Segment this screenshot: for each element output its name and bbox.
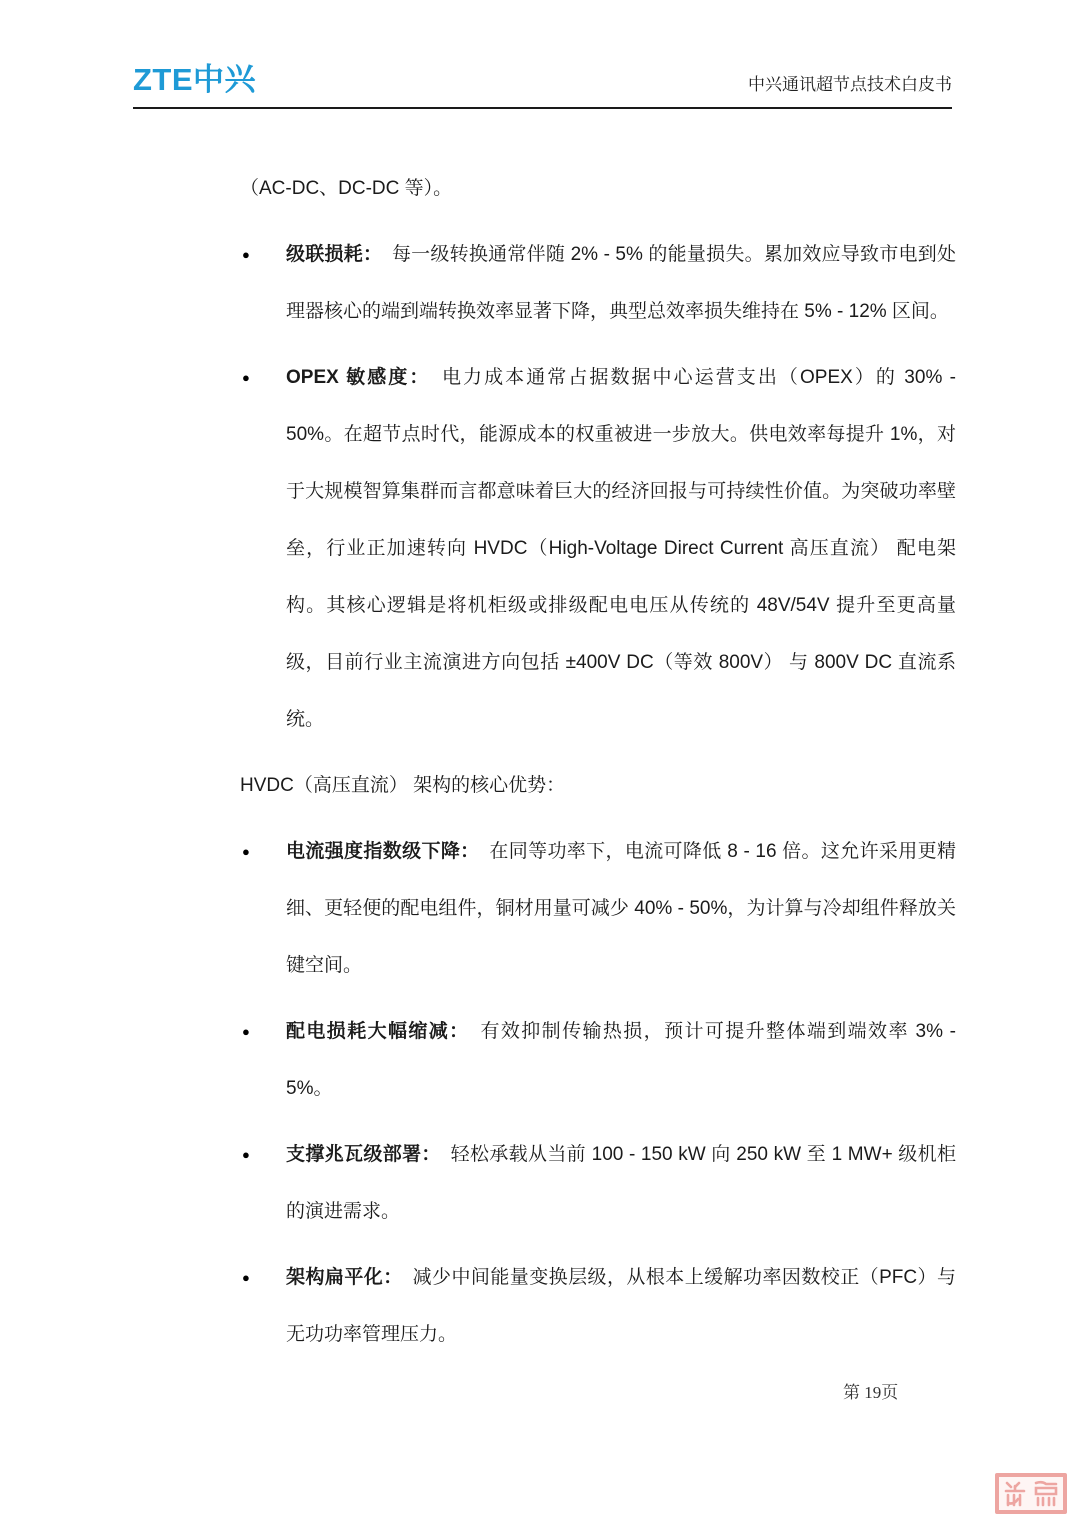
bullet-icon: ● [240, 1003, 286, 1117]
page-number: 第 19页 [843, 1378, 898, 1403]
paragraph-conversion-stages: （AC-DC、DC-DC 等）。 [240, 160, 956, 217]
bullet-lead: 支撑兆瓦级部署： [286, 1144, 431, 1165]
list-item-text: 架构扁平化： 减少中间能量变换层级，从根本上缓解功率因数校正（PFC）与无功功率… [286, 1249, 956, 1363]
document-page: ZTE中兴 中兴通讯超节点技术白皮书 （AC-DC、DC-DC 等）。 ● 级联… [0, 0, 1080, 1527]
bullet-icon: ● [240, 1126, 286, 1240]
list-item-megawatt-deployment: ● 支撑兆瓦级部署： 轻松承载从当前 100 - 150 kW 向 250 kW… [240, 1126, 956, 1240]
list-item-cascade-loss: ● 级联损耗： 每一级转换通常伴随 2% - 5% 的能量损失。累加效应导致市电… [240, 226, 956, 340]
bullet-icon: ● [240, 823, 286, 994]
list-item-distribution-loss: ● 配电损耗大幅缩减： 有效抑制传输热损，预计可提升整体端到端效率 3% - 5… [240, 1003, 956, 1117]
bullet-lead: 配电损耗大幅缩减： [286, 1021, 460, 1042]
list-item-text: 支撑兆瓦级部署： 轻松承载从当前 100 - 150 kW 向 250 kW 至… [286, 1126, 956, 1240]
bullet-icon: ● [240, 349, 286, 748]
page-body: （AC-DC、DC-DC 等）。 ● 级联损耗： 每一级转换通常伴随 2% - … [240, 160, 956, 1372]
bullet-icon: ● [240, 226, 286, 340]
page-header: ZTE中兴 中兴通讯超节点技术白皮书 [133, 64, 952, 109]
bullet-lead: 架构扁平化： [286, 1267, 393, 1288]
list-item-text: OPEX 敏感度： 电力成本通常占据数据中心运营支出（OPEX）的 30% - … [286, 349, 956, 748]
bullet-lead: 级联损耗： [286, 244, 373, 265]
watermark-seal-icon [995, 1473, 1067, 1514]
bullet-body: 电力成本通常占据数据中心运营支出（OPEX）的 30% - 50%。在超节点时代… [286, 367, 956, 730]
bullet-body: 每一级转换通常伴随 2% - 5% 的能量损失。累加效应导致市电到处理器核心的端… [286, 244, 956, 322]
list-item-current-reduction: ● 电流强度指数级下降： 在同等功率下，电流可降低 8 - 16 倍。这允许采用… [240, 823, 956, 994]
list-item-opex: ● OPEX 敏感度： 电力成本通常占据数据中心运营支出（OPEX）的 30% … [240, 349, 956, 748]
zte-logo: ZTE中兴 [133, 64, 256, 95]
list-item-text: 电流强度指数级下降： 在同等功率下，电流可降低 8 - 16 倍。这允许采用更精… [286, 823, 956, 994]
document-title: 中兴通讯超节点技术白皮书 [748, 75, 952, 95]
bullet-lead: OPEX 敏感度： [286, 367, 421, 388]
bullet-icon: ● [240, 1249, 286, 1363]
list-item-text: 级联损耗： 每一级转换通常伴随 2% - 5% 的能量损失。累加效应导致市电到处… [286, 226, 956, 340]
list-item-text: 配电损耗大幅缩减： 有效抑制传输热损，预计可提升整体端到端效率 3% - 5%。 [286, 1003, 956, 1117]
list-item-flat-architecture: ● 架构扁平化： 减少中间能量变换层级，从根本上缓解功率因数校正（PFC）与无功… [240, 1249, 956, 1363]
paragraph-hvdc-advantages: HVDC（高压直流） 架构的核心优势： [240, 757, 956, 814]
bullet-lead: 电流强度指数级下降： [286, 841, 470, 862]
